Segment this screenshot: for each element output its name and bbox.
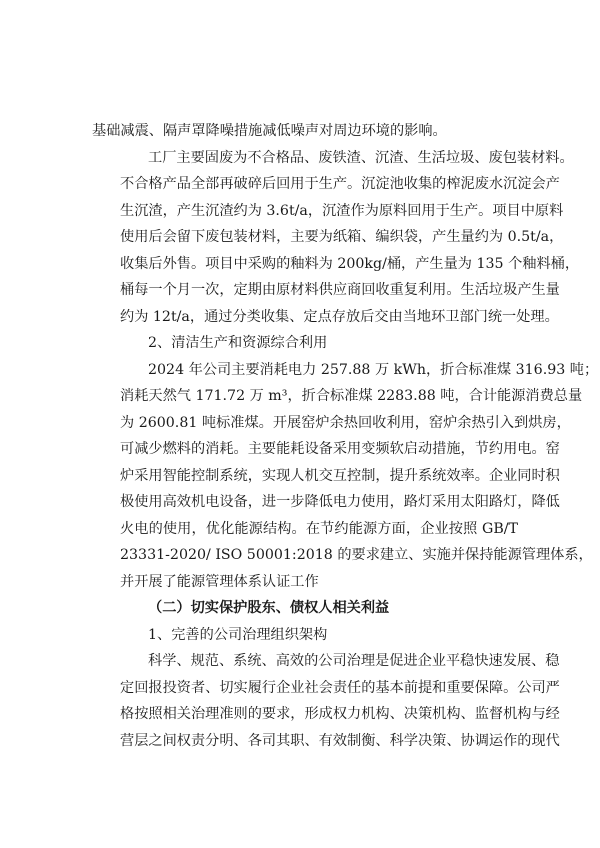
text-line: 营层之间权责分明、各司其职、有效制衡、科学决策、协调运作的现代 <box>92 728 518 755</box>
text-line: 使用后会留下废包装材料，主要为纸箱、编织袋，产生量约为 0.5t/a， <box>92 224 518 251</box>
text-line: 不合格产品全部再破碎后回用于生产。沉淀池收集的榨泥废水沉淀会产 <box>92 171 518 198</box>
subheading-governance: 1、完善的公司治理组织架构 <box>92 622 518 649</box>
text-line: 约为 12t/a，通过分类收集、定点存放后交由当地环卫部门统一处理。 <box>92 304 518 331</box>
text-line: 工厂主要固废为不合格品、废铁渣、沉渣、生活垃圾、废包装材料。 <box>92 145 518 172</box>
text-line: 桶每一个月一次，定期由原材料供应商回收重复利用。生活垃圾产生量 <box>92 277 518 304</box>
text-line: 科学、规范、系统、高效的公司治理是促进企业平稳快速发展、稳 <box>92 648 518 675</box>
text-line: 23331-2020/ ISO 50001:2018 的要求建立、实施并保持能源… <box>92 542 518 569</box>
document-page: 基础减震、隔声罩降噪措施减低噪声对周边环境的影响。 工厂主要固废为不合格品、废铁… <box>92 118 518 754</box>
section-heading-shareholders: （二）切实保护股东、债权人相关利益 <box>92 595 518 622</box>
paragraph-governance: 科学、规范、系统、高效的公司治理是促进企业平稳快速发展、稳 定回报投资者、切实履… <box>92 648 518 754</box>
text-line: 基础减震、隔声罩降噪措施减低噪声对周边环境的影响。 <box>92 118 518 145</box>
text-line: 炉采用智能控制系统，实现人机交互控制，提升系统效率。企业同时积 <box>92 463 518 490</box>
text-line: 并开展了能源管理体系认证工作 <box>92 569 518 596</box>
text-line: 格按照相关治理准则的要求，形成权力机构、决策机构、监督机构与经 <box>92 701 518 728</box>
text-line: 火电的使用，优化能源结构。在节约能源方面，企业按照 GB/T <box>92 516 518 543</box>
subheading-text: 2、清洁生产和资源综合利用 <box>92 330 518 357</box>
text-line: 极使用高效机电设备，进一步降低电力使用，路灯采用太阳路灯，降低 <box>92 489 518 516</box>
text-line: 生沉渣，产生沉渣约为 3.6t/a，沉渣作为原料回用于生产。项目中原料 <box>92 198 518 225</box>
text-line: 2024 年公司主要消耗电力 257.88 万 kWh，折合标准煤 316.93… <box>92 357 518 384</box>
subheading-text: 1、完善的公司治理组织架构 <box>92 622 518 649</box>
paragraph-energy-consumption: 2024 年公司主要消耗电力 257.88 万 kWh，折合标准煤 316.93… <box>92 357 518 596</box>
text-line: 收集后外售。项目中采购的釉料为 200kg/桶，产生量为 135 个釉料桶， <box>92 251 518 278</box>
paragraph-noise-control: 基础减震、隔声罩降噪措施减低噪声对周边环境的影响。 <box>92 118 518 145</box>
text-line: 可减少燃料的消耗。主要能耗设备采用变频软启动措施，节约用电。窑 <box>92 436 518 463</box>
text-line: 定回报投资者、切实履行企业社会责任的基本前提和重要保障。公司严 <box>92 675 518 702</box>
paragraph-solid-waste: 工厂主要固废为不合格品、废铁渣、沉渣、生活垃圾、废包装材料。 不合格产品全部再破… <box>92 145 518 331</box>
text-line: 为 2600.81 吨标准煤。开展窑炉余热回收利用，窑炉余热引入到烘房， <box>92 410 518 437</box>
text-line: 消耗天然气 171.72 万 m³，折合标准煤 2283.88 吨，合计能源消费… <box>92 383 518 410</box>
heading-text: （二）切实保护股东、债权人相关利益 <box>92 595 518 622</box>
subheading-clean-production: 2、清洁生产和资源综合利用 <box>92 330 518 357</box>
